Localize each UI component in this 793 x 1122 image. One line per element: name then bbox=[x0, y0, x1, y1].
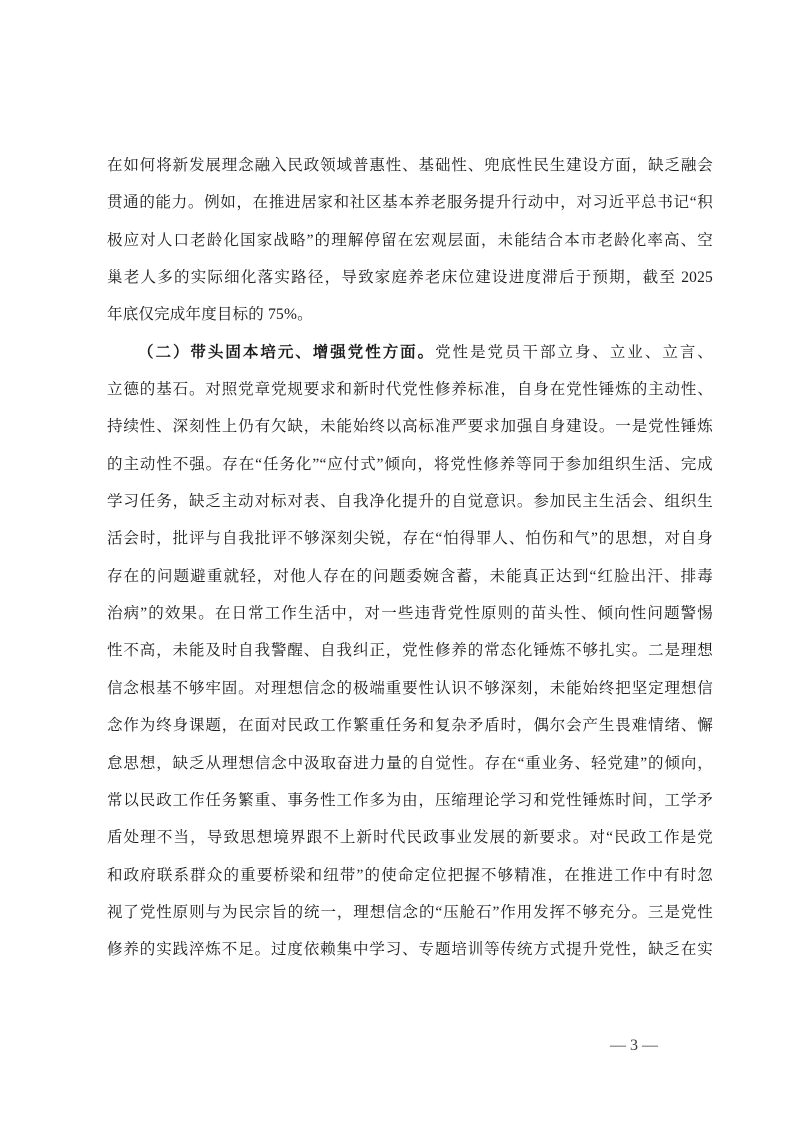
text-line: 信念根基不够牢固。对理想信念的极端重要性认识不够深刻，未能始终把坚定理想信 bbox=[107, 670, 713, 707]
text-line: 的主动性不强。存在“任务化”“应付式”倾向，将党性修养等同于参加组织生活、完成 bbox=[107, 446, 713, 483]
text-line: 贯通的能力。例如，在推进居家和社区基本养老服务提升行动中，对习近平总书记“积 bbox=[107, 184, 713, 221]
document-body: 在如何将新发展理念融入民政领域普惠性、基础性、兜底性民生建设方面，缺乏融会 贯通… bbox=[107, 147, 713, 969]
text-line: 和政府联系群众的重要桥梁和纽带”的使命定位把握不够精准，在推进工作中有时忽 bbox=[107, 857, 713, 894]
section-heading: （二）带头固本培元、增强党性方面。 bbox=[138, 344, 435, 361]
text-line: 巢老人多的实际细化落实路径，导致家庭养老床位建设进度滞后于预期，截至 2025 bbox=[107, 259, 713, 296]
text-line: 立德的基石。对照党章党规要求和新时代党性修养标准，自身在党性锤炼的主动性、 bbox=[107, 371, 713, 408]
text-line: 持续性、深刻性上仍有欠缺，未能始终以高标准严要求加强自身建设。一是党性锤炼 bbox=[107, 408, 713, 445]
text-line: 常以民政工作任务繁重、事务性工作多为由，压缩理论学习和党性锤炼时间，工学矛 bbox=[107, 782, 713, 819]
document-page: 在如何将新发展理念融入民政领域普惠性、基础性、兜底性民生建设方面，缺乏融会 贯通… bbox=[0, 0, 793, 1122]
page-number: — 3 — bbox=[574, 1034, 694, 1058]
text-line: 极应对人口老龄化国家战略”的理解停留在宏观层面，未能结合本市老龄化率高、空 bbox=[107, 222, 713, 259]
text-line: 在如何将新发展理念融入民政领域普惠性、基础性、兜底性民生建设方面，缺乏融会 bbox=[107, 147, 713, 184]
text-line: 怠思想，缺乏从理想信念中汲取奋进力量的自觉性。存在“重业务、轻党建”的倾向， bbox=[107, 745, 713, 782]
text-line: 念作为终身课题，在面对民政工作繁重任务和复杂矛盾时，偶尔会产生畏难情绪、懈 bbox=[107, 707, 713, 744]
text-line: 存在的问题避重就轻，对他人存在的问题委婉含蓄，未能真正达到“红脸出汗、排毒 bbox=[107, 558, 713, 595]
text-line: 性不高，未能及时自我警醒、自我纠正，党性修养的常态化锤炼不够扎实。二是理想 bbox=[107, 632, 713, 669]
paragraph-section-two: （二）带头固本培元、增强党性方面。党性是党员干部立身、立业、立言、 立德的基石。… bbox=[107, 334, 713, 969]
text-line: 治病”的效果。在日常工作生活中，对一些违背党性原则的苗头性、倾向性问题警惕 bbox=[107, 595, 713, 632]
text-line: 活会时，批评与自我批评不够深刻尖锐，存在“怕得罪人、怕伤和气”的思想，对自身 bbox=[107, 520, 713, 557]
text-line: 学习任务，缺乏主动对标对表、自我净化提升的自觉意识。参加民主生活会、组织生 bbox=[107, 483, 713, 520]
text-line: 视了党性原则与为民宗旨的统一，理想信念的“压舱石”作用发挥不够充分。三是党性 bbox=[107, 894, 713, 931]
text-line: （二）带头固本培元、增强党性方面。党性是党员干部立身、立业、立言、 bbox=[107, 334, 713, 371]
text-run: 党性是党员干部立身、立业、立言、 bbox=[435, 344, 713, 361]
text-line: 盾处理不当，导致思想境界跟不上新时代民政事业发展的新要求。对“民政工作是党 bbox=[107, 819, 713, 856]
text-line: 年底仅完成年度目标的 75%。 bbox=[107, 296, 713, 333]
text-line: 修养的实践淬炼不足。过度依赖集中学习、专题培训等传统方式提升党性，缺乏在实 bbox=[107, 931, 713, 968]
paragraph-continued: 在如何将新发展理念融入民政领域普惠性、基础性、兜底性民生建设方面，缺乏融会 贯通… bbox=[107, 147, 713, 334]
